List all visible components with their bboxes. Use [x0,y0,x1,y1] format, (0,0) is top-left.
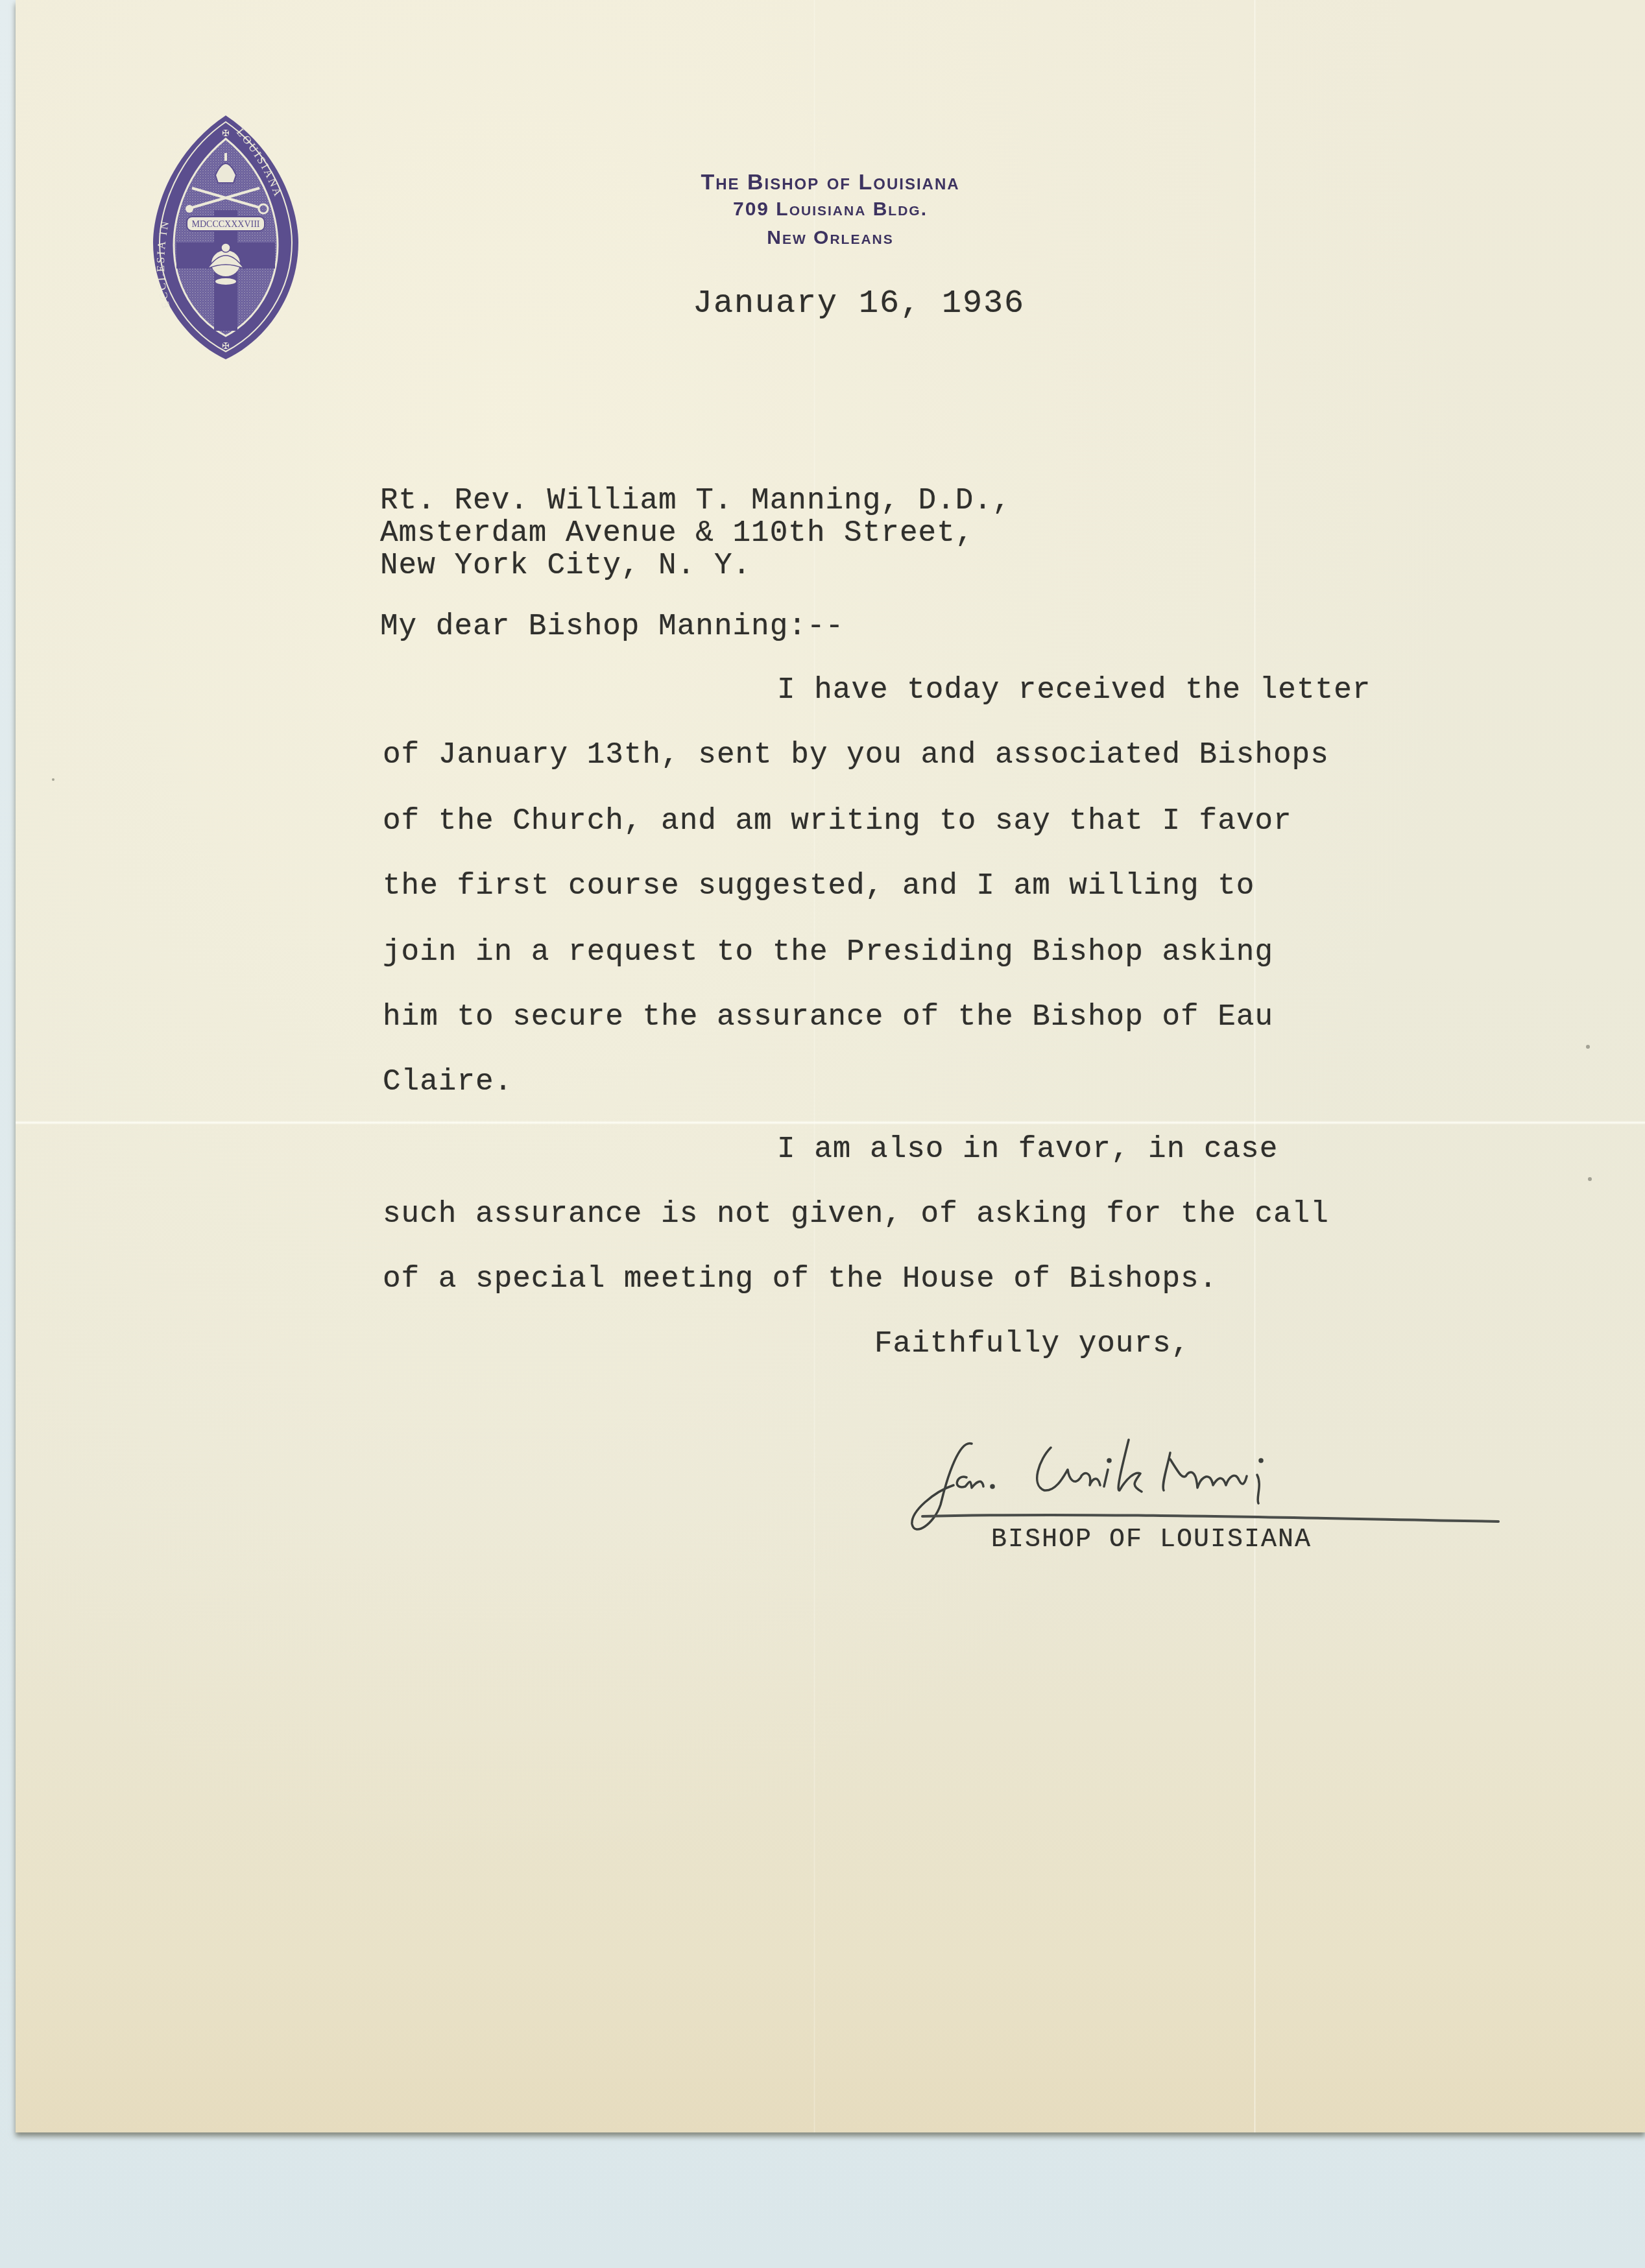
vertical-fold-crease [1254,0,1256,2132]
recipient-line-1: Rt. Rev. William T. Manning, D.D., [380,484,1011,518]
paragraph-1-line-6: him to secure the assurance of the Bisho… [383,1000,1273,1034]
salutation: My dear Bishop Manning:-- [380,610,844,643]
svg-text:✠: ✠ [222,127,230,140]
letterhead-address: 709 Louisiana Bldg. [584,198,1077,221]
paper-speck [52,778,54,781]
letterhead-title: The Bishop of Louisiana [584,170,1077,195]
paragraph-1-line-4: the first course suggested, and I am wil… [383,869,1255,903]
paragraph-1-line-3: of the Church, and am writing to say tha… [383,804,1292,838]
paper-speck [1588,1177,1592,1181]
paragraph-2-line-3: of a special meeting of the House of Bis… [383,1262,1218,1296]
svg-text:✠: ✠ [222,340,230,353]
recipient-line-3: New York City, N. Y. [380,549,751,582]
letter-date: January 16, 1936 [693,285,1025,322]
recipient-line-2: Amsterdam Avenue & 110th Street, [380,516,974,550]
seal-year-banner: MDCCCXXXVIII [192,220,260,230]
letterhead-city: New Orleans [584,227,1077,249]
paragraph-2-line-1: I am also in favor, in case [777,1132,1278,1166]
paragraph-1-line-1: I have today received the letter [777,673,1371,707]
paper-speck [1586,1045,1590,1049]
paragraph-1-line-5: join in a request to the Presiding Bisho… [383,935,1273,969]
signer-title: BISHOP OF LOUISIANA [991,1525,1312,1555]
diocesan-seal-icon: MDCCCXXXVIII ✠ ✠ ECCLESIA IN LOUISIANA [150,113,301,362]
paragraph-1-line-7: Claire. [383,1065,512,1099]
paragraph-1-line-2: of January 13th, sent by you and associa… [383,738,1329,772]
horizontal-fold-crease [16,1121,1645,1125]
closing: Faithfully yours, [874,1327,1190,1361]
handwritten-signature [889,1414,1511,1531]
paragraph-2-line-2: such assurance is not given, of asking f… [383,1197,1329,1231]
